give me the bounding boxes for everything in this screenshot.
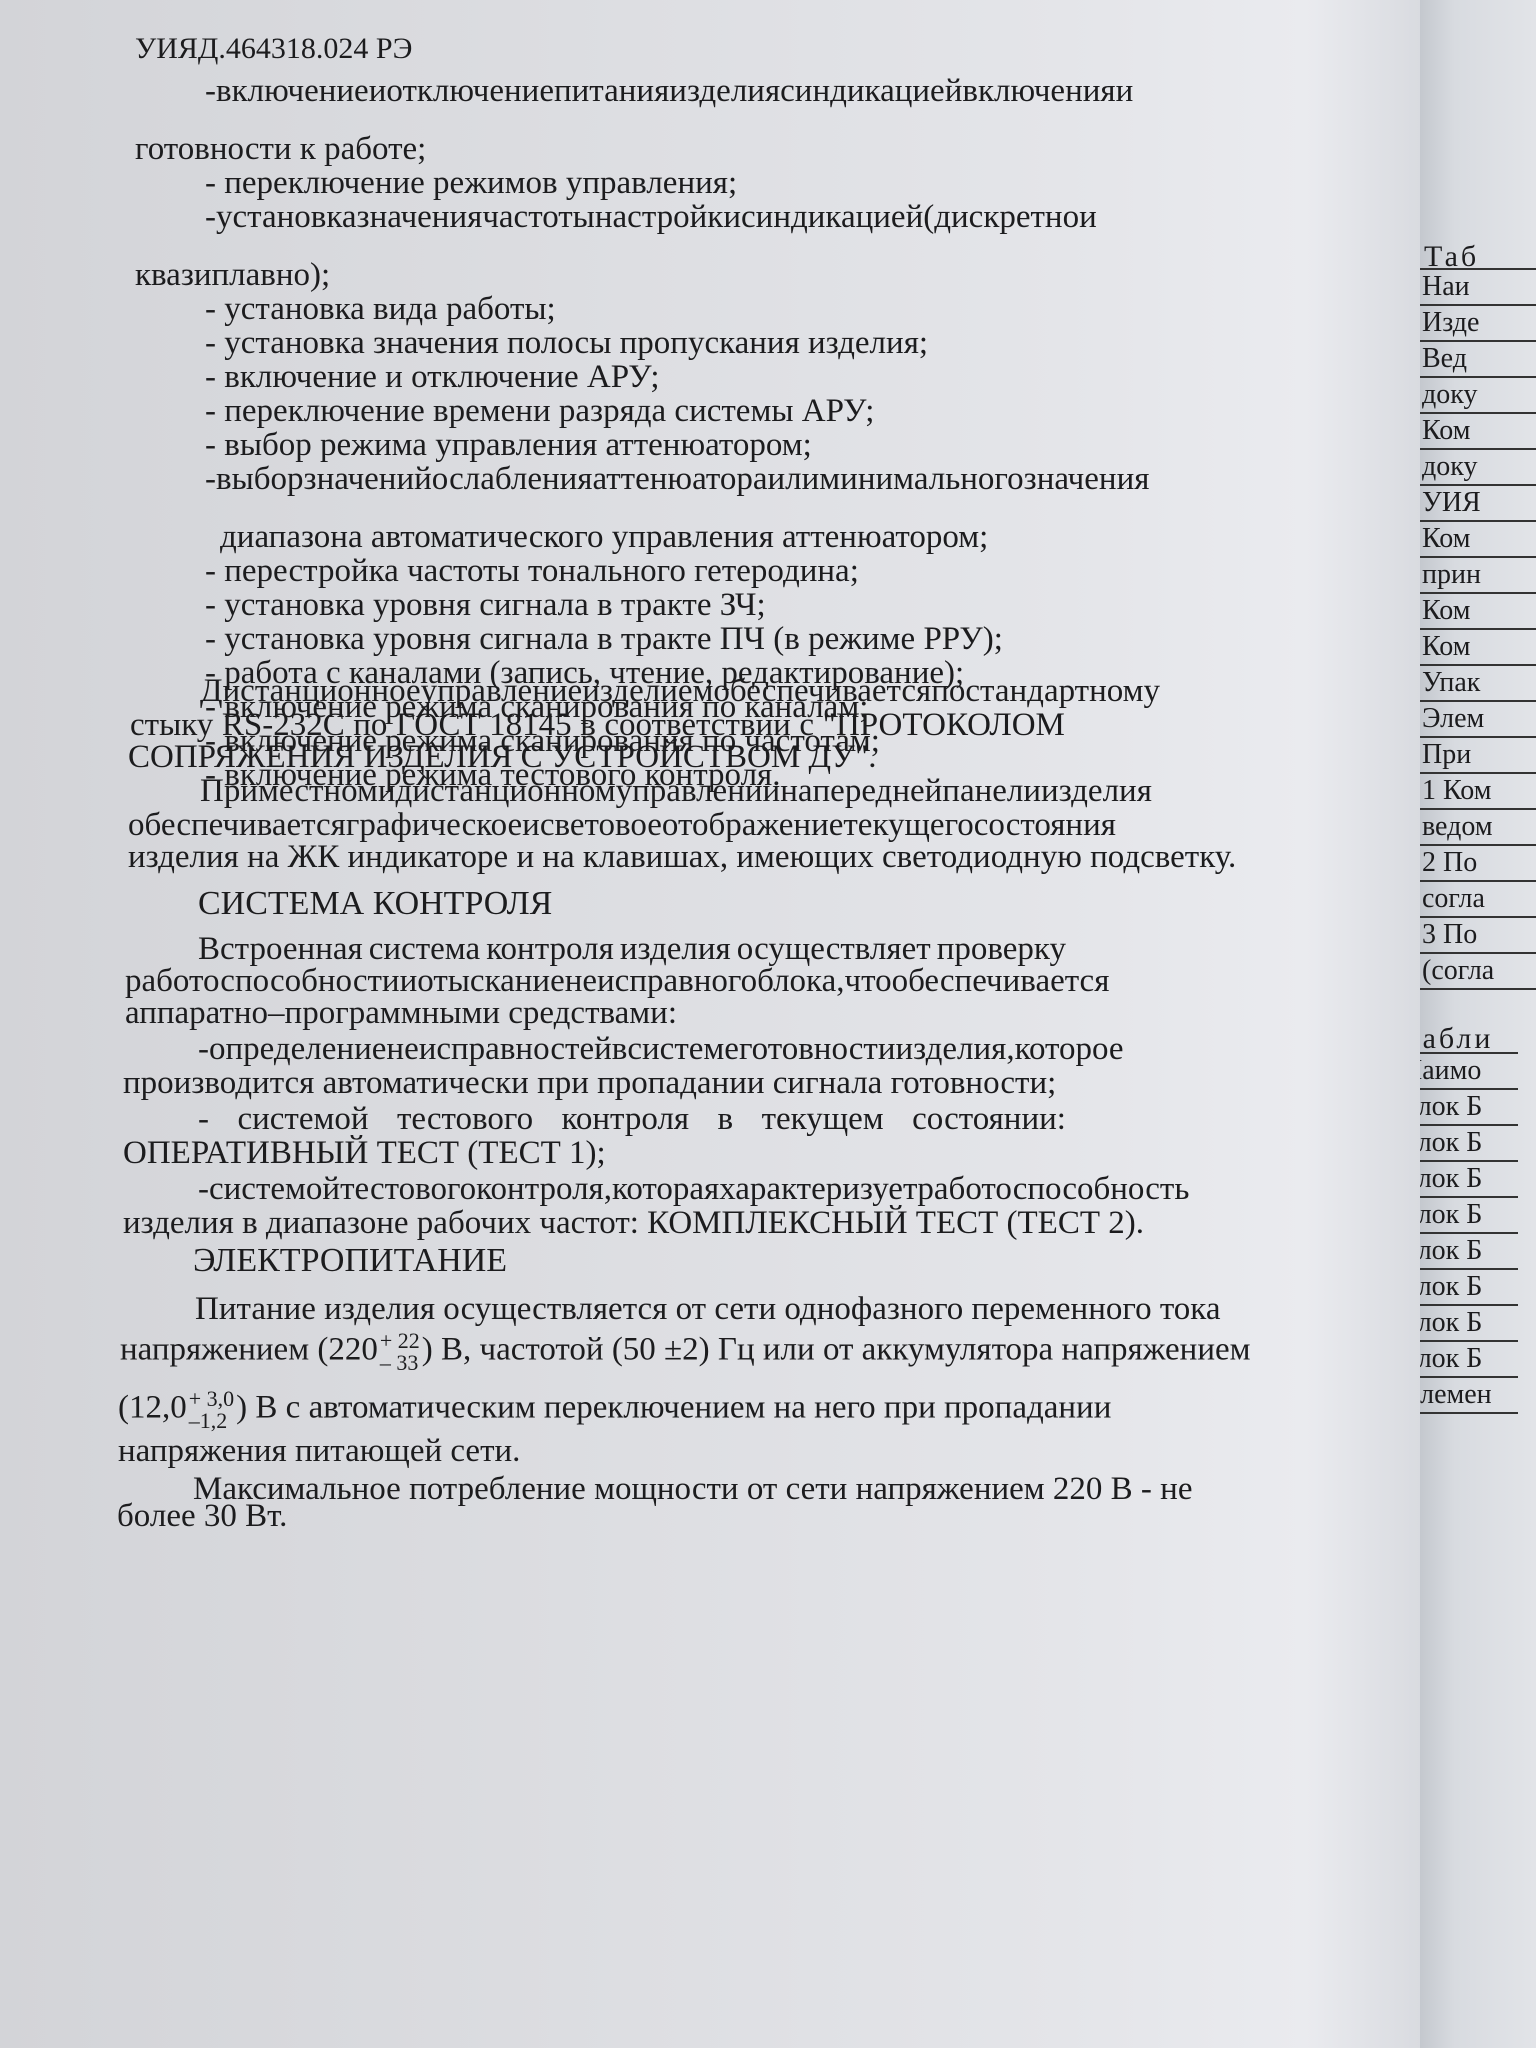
list-item: квазиплавно); [135,256,330,294]
table-row: Наи [1420,270,1536,306]
table-row: Элемен [1420,1378,1518,1412]
table-row: доку [1420,450,1536,486]
list-item: готовности к работе; [135,130,426,168]
control-system-heading: СИСТЕМА КОНТРОЛЯ [198,885,552,923]
table-row: Ком [1420,522,1536,558]
table-row: Блок Б [1420,1198,1518,1234]
battery-tolerance: + 3,0–1,2 [189,1388,234,1432]
table-row: Ком [1420,594,1536,630]
paragraph-line: аппаратно–программными средствами: [125,994,677,1032]
list-item: -системойтестовогоконтролявтекущемсостоя… [198,1100,1066,1138]
table2-title: Табли [1420,1022,1493,1056]
power-line-5: Максимальное потребление мощности от сет… [193,1470,1192,1508]
document-page: УИЯД.464318.024 РЭ -включениеиотключение… [0,0,1420,2048]
list-item: -установказначениячастотынастройкисиндик… [205,198,1060,236]
table-row: Блок Б [1420,1342,1518,1378]
table-row: Упак [1420,666,1536,702]
table-row: УИЯ [1420,486,1536,522]
table1: НаиИздеВеддокуКомдокуУИЯКомпринКомКомУпа… [1420,268,1536,990]
table-row: Изде [1420,306,1536,342]
adjacent-page: Таб НаиИздеВеддокуКомдокуУИЯКомпринКомКо… [1420,0,1536,2048]
table-row: Блок Б [1420,1090,1518,1126]
document-code: УИЯД.464318.024 РЭ [135,30,412,68]
list-item: -системойтестовогоконтроля,котораяхаракт… [198,1170,1066,1208]
table2: НаимоБлок ББлок ББлок ББлок ББлок ББлок … [1420,1052,1518,1414]
power-line-6: более 30 Вт. [117,1497,287,1535]
paragraph-line: Дистанционноеуправлениеизделиемобеспечив… [200,672,1065,710]
mains-tolerance: + 22– 33 [380,1330,420,1374]
list-item: производится автоматически при пропадани… [123,1064,1056,1102]
table-row: 1 Ком [1420,774,1536,810]
table-row: Элем [1420,702,1536,738]
paragraph-line: СОПРЯЖЕНИЯ ИЗДЕЛИЯ С УСТРОЙСТВОМ ДУ". [128,738,876,776]
table-row: Блок Б [1420,1306,1518,1342]
list-item: - установка уровня сигнала в тракте ЗЧ; [205,586,766,624]
power-heading: ЭЛЕКТРОПИТАНИЕ [193,1242,507,1280]
table-row: согла [1420,882,1536,918]
power-line-2: напряжением (220+ 22– 33) В, частотой (5… [120,1330,1251,1374]
table-row: доку [1420,378,1536,414]
table-row: При [1420,738,1536,774]
list-item: изделия в диапазоне рабочих частот: КОМП… [123,1204,1144,1242]
table-row: Вед [1420,342,1536,378]
list-item: - перестройка частоты тонального гетерод… [205,552,859,590]
list-item: - выбор режима управления аттенюатором; [205,426,812,464]
table-row: Ком [1420,414,1536,450]
table-row: Блок Б [1420,1234,1518,1270]
power-line-1: Питание изделия осуществляется от сети о… [195,1290,1070,1328]
table-row: Наимо [1420,1054,1518,1090]
table-row: 3 По [1420,918,1536,954]
list-item: - установка вида работы; [205,290,556,328]
list-item: -определениенеисправностейвсистемеготовн… [198,1030,1066,1068]
list-item: - установка уровня сигнала в тракте ПЧ (… [205,620,1003,658]
list-item: - установка значения полосы пропускания … [205,324,928,362]
table-row: Блок Б [1420,1162,1518,1198]
table-row: прин [1420,558,1536,594]
paragraph-line: Приместномидистанционномуправлениинапере… [200,772,1065,810]
list-item: диапазона автоматического управления атт… [220,518,988,556]
list-item: -включениеиотключениепитанияизделиясинди… [205,72,1060,110]
list-item: ОПЕРАТИВНЫЙ ТЕСТ (ТЕСТ 1); [123,1134,606,1172]
table-row: ведом [1420,810,1536,846]
power-line-3: (12,0+ 3,0–1,2) В с автоматическим перек… [118,1388,1111,1432]
list-item: - включение и отключение АРУ; [205,358,660,396]
list-item: - переключение времени разряда системы А… [205,392,874,430]
table-row: Блок Б [1420,1270,1518,1306]
table-row: Блок Б [1420,1126,1518,1162]
list-item: -выборзначенийослабленияаттенюатораилими… [205,460,1060,498]
list-item: - переключение режимов управления; [205,164,737,202]
table-row: (согла [1420,954,1536,988]
table-row: Ком [1420,630,1536,666]
paragraph-line: изделия на ЖК индикаторе и на клавишах, … [128,838,1236,876]
table-row: 2 По [1420,846,1536,882]
power-line-4: напряжения питающей сети. [118,1432,520,1470]
